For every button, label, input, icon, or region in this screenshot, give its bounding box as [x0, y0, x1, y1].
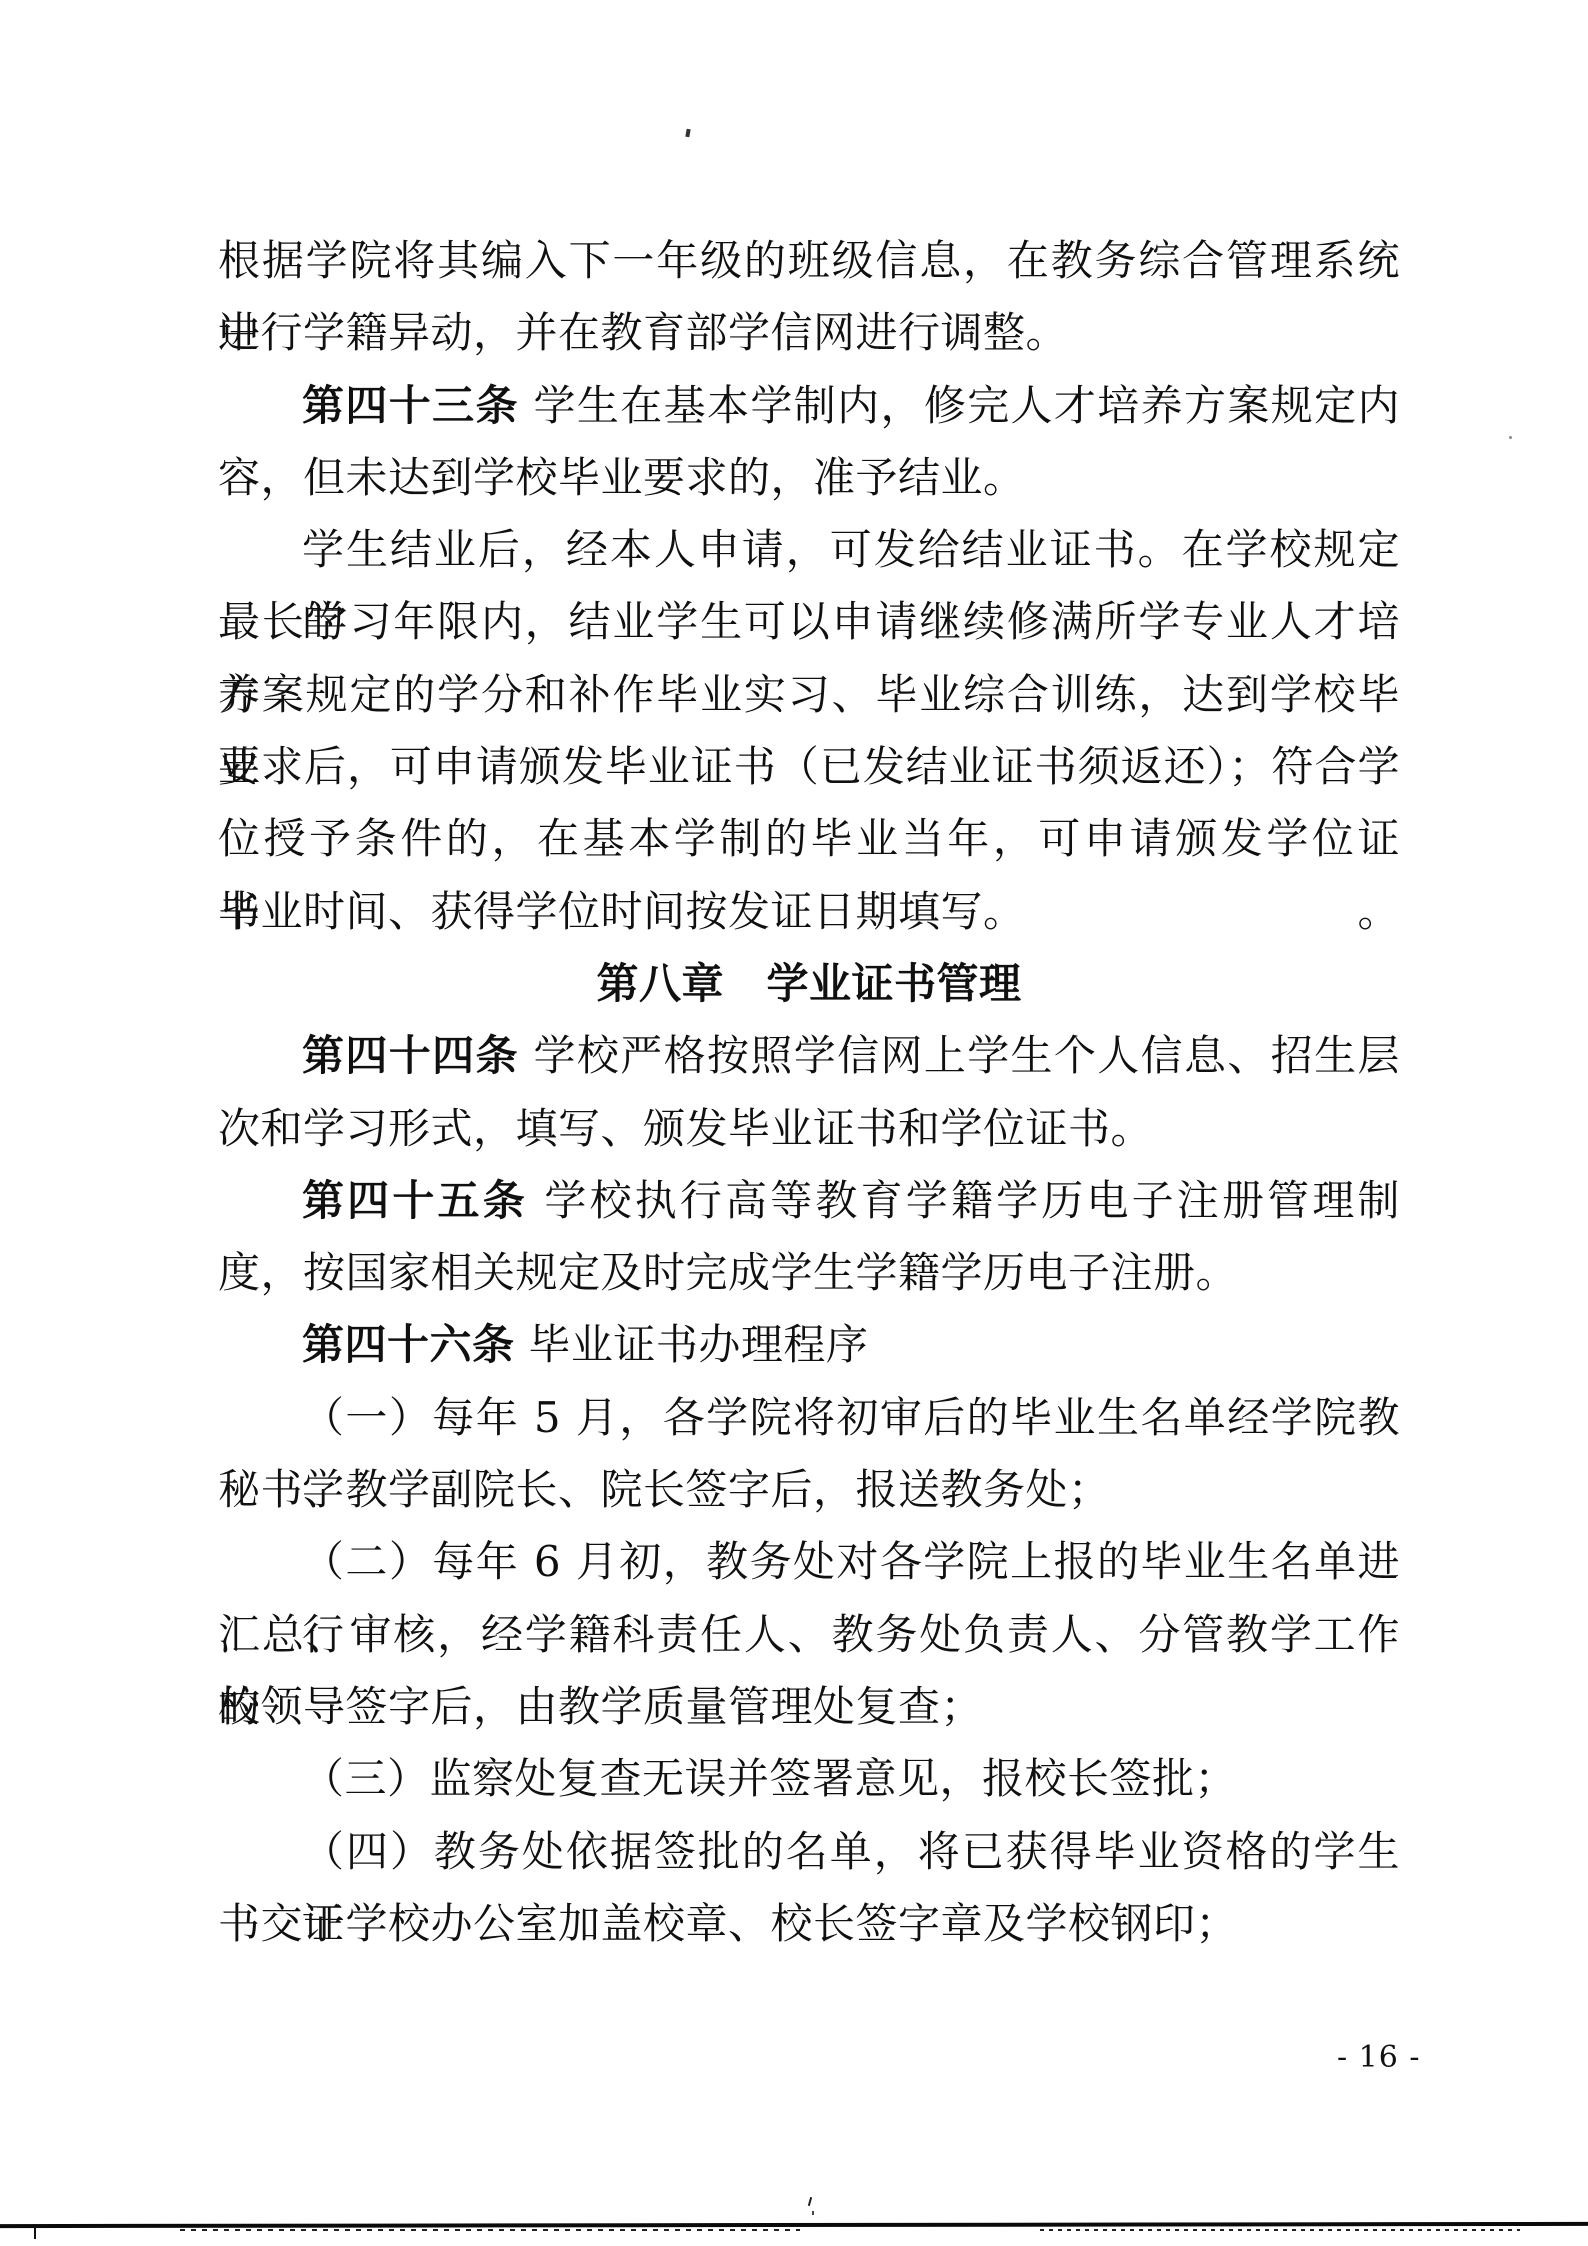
- scan-speck: [812, 2211, 814, 2215]
- list-item-3-line: （三）监察处复查无误并签署意见，报校长签批；: [218, 1743, 1400, 1815]
- list-item-4-line: （四）教务处依据签批的名单，将已获得毕业资格的学生证: [218, 1816, 1400, 1888]
- article-number-bold: 第四十四条: [302, 1031, 519, 1080]
- scan-artifact-noise: [1040, 2229, 1520, 2231]
- paragraph-line: 根据学院将其编入下一年级的班级信息，在教务综合管理系统中: [218, 225, 1400, 297]
- page-number: - 16 -: [1337, 2040, 1407, 2075]
- paragraph-line: 书交于学校办公室加盖校章、校长签字章及学校钢印；: [218, 1888, 1400, 1960]
- scan-speck: [808, 2197, 812, 2206]
- list-item-2-line: （二）每年 6 月初，教务处对各学院上报的毕业生名单进行: [218, 1526, 1400, 1598]
- list-item-1-line: （一）每年 5 月，各学院将初审后的毕业生名单经学院教学: [218, 1382, 1400, 1454]
- article-45-line: 第四十五条 学校执行高等教育学籍学历电子注册管理制: [218, 1165, 1400, 1237]
- paragraph-line: 学生结业后，经本人申请，可发给结业证书。在学校规定的: [218, 514, 1400, 586]
- paragraph-line: 位授予条件的，在基本学制的毕业当年，可申请颁发学位证书。: [218, 803, 1400, 875]
- chapter-8-heading: 第八章 学业证书管理: [218, 948, 1400, 1020]
- article-number-bold: 第四十五条: [302, 1176, 528, 1225]
- paragraph-line: 方案规定的学分和补作毕业实习、毕业综合训练，达到学校毕业: [218, 659, 1400, 731]
- article-46-line: 第四十六条 毕业证书办理程序: [218, 1309, 1400, 1381]
- paragraph-line: 进行学籍异动，并在教育部学信网进行调整。: [218, 297, 1400, 369]
- article-number-bold: 第四十六条: [302, 1320, 515, 1369]
- article-text: 学生在基本学制内，修完人才培养方案规定内: [519, 381, 1400, 430]
- scan-speck: [1509, 436, 1512, 439]
- paragraph-line: 要求后，可申请颁发毕业证书（已发结业证书须返还）；符合学: [218, 731, 1400, 803]
- paragraph-line: 最长学习年限内，结业学生可以申请继续修满所学专业人才培养: [218, 586, 1400, 658]
- scan-artifact-tick: [34, 2226, 36, 2239]
- paragraph-line: 度，按国家相关规定及时完成学生学籍学历电子注册。: [218, 1237, 1400, 1309]
- scan-artifact-noise: [180, 2229, 800, 2231]
- article-number-bold: 第四十三条: [302, 381, 519, 430]
- paragraph-line: 校领导签字后，由教学质量管理处复查；: [218, 1671, 1400, 1743]
- scanned-document-page: 根据学院将其编入下一年级的班级信息，在教务综合管理系统中 进行学籍异动，并在教育…: [0, 0, 1588, 2246]
- scan-artifact-line: [0, 2222, 1588, 2228]
- article-text: 学校执行高等教育学籍学历电子注册管理制: [528, 1176, 1400, 1225]
- paragraph-line: 容，但未达到学校毕业要求的，准予结业。: [218, 442, 1400, 514]
- paragraph-line: 汇总、审核，经学籍科责任人、教务处负责人、分管教学工作的: [218, 1599, 1400, 1671]
- article-44-line: 第四十四条 学校严格按照学信网上学生个人信息、招生层: [218, 1020, 1400, 1092]
- document-body: 根据学院将其编入下一年级的班级信息，在教务综合管理系统中 进行学籍异动，并在教育…: [218, 225, 1400, 1960]
- article-43-line: 第四十三条 学生在基本学制内，修完人才培养方案规定内: [218, 370, 1400, 442]
- article-text: 学校严格按照学信网上学生个人信息、招生层: [519, 1031, 1400, 1080]
- scan-speck: [685, 129, 690, 138]
- paragraph-line: 次和学习形式，填写、颁发毕业证书和学位证书。: [218, 1093, 1400, 1165]
- article-text: 毕业证书办理程序: [515, 1320, 869, 1369]
- paragraph-line: 秘书、教学副院长、院长签字后，报送教务处；: [218, 1454, 1400, 1526]
